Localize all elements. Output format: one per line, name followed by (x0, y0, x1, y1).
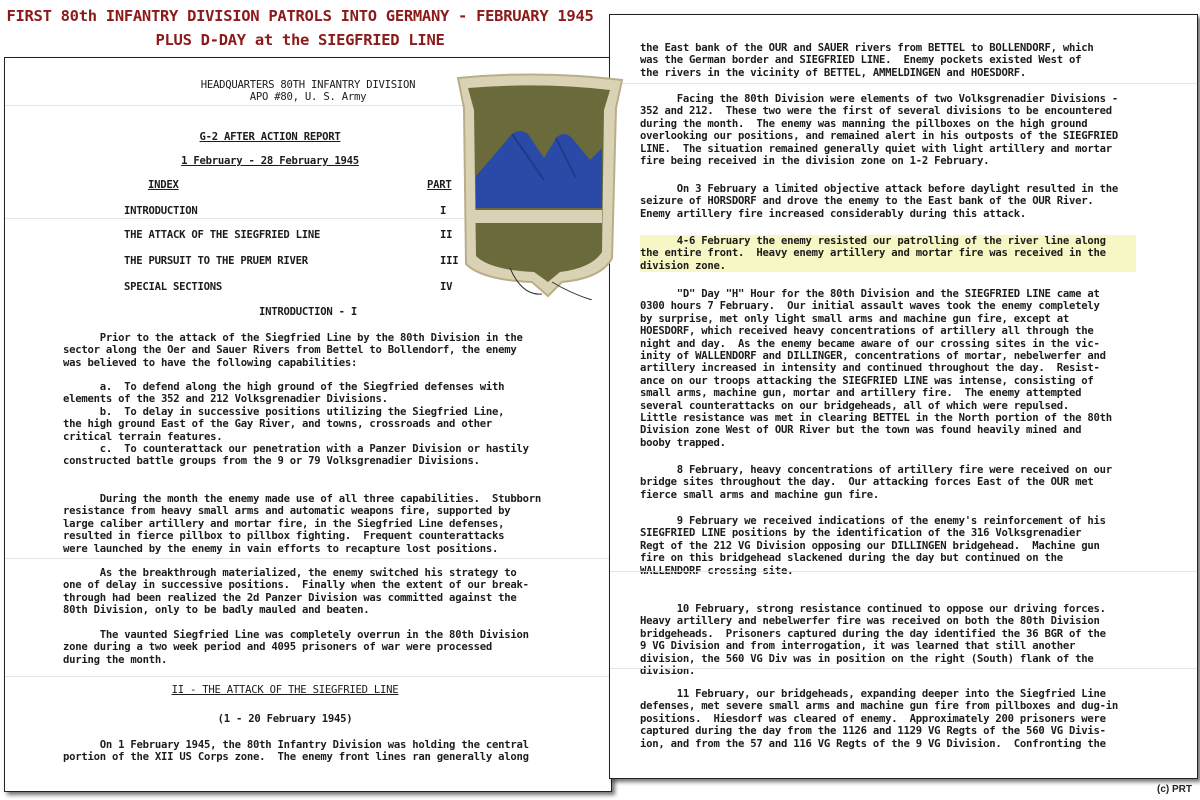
paragraph: As the breakthrough materialized, the en… (63, 567, 529, 617)
paragraph: Facing the 80th Division were elements o… (640, 93, 1118, 167)
introduction-heading: INTRODUCTION - I (5, 306, 611, 318)
part-label: PART (427, 179, 452, 191)
index-item-title: THE ATTACK OF THE SIEGFRIED LINE (124, 229, 320, 241)
paragraph: 11 February, our bridgeheads, expanding … (640, 688, 1118, 750)
index-item-title: THE PURSUIT TO THE PRUEM RIVER (124, 255, 308, 267)
index-item-title: INTRODUCTION (124, 205, 198, 217)
80th-division-shoulder-patch-icon (452, 68, 628, 300)
paragraph: On 3 February a limited objective attack… (640, 183, 1118, 220)
index-item-title: SPECIAL SECTIONS (124, 281, 222, 293)
paragraph: a. To defend along the high ground of th… (63, 381, 529, 468)
index-label: INDEX (148, 179, 179, 191)
paragraph: Prior to the attack of the Siegfried Lin… (63, 332, 523, 369)
index-item-part: II (440, 229, 452, 241)
paragraph: During the month the enemy made use of a… (63, 493, 541, 555)
section-2-heading: II - THE ATTACK OF THE SIEGFRIED LINE (5, 684, 565, 696)
paragraph: On 1 February 1945, the 80th Infantry Di… (63, 739, 529, 764)
section-2-dates: (1 - 20 February 1945) (5, 713, 565, 725)
index-item-part: IV (440, 281, 452, 293)
paragraph: The vaunted Siegfried Line was completel… (63, 629, 529, 666)
page-title: FIRST 80th INFANTRY DIVISION PATROLS INT… (0, 4, 600, 52)
paragraph: 9 February we received indications of th… (640, 515, 1106, 577)
document-page-right: the East bank of the OUR and SAUER river… (609, 14, 1198, 779)
paragraph: 10 February, strong resistance continued… (640, 603, 1106, 677)
title-line-2: PLUS D-DAY at the SIEGFRIED LINE (0, 28, 600, 52)
paragraph: 8 February, heavy concentrations of arti… (640, 464, 1112, 501)
highlighted-paragraph: 4-6 February the enemy resisted our patr… (640, 235, 1136, 272)
paragraph: "D" Day "H" Hour for the 80th Division a… (640, 288, 1112, 449)
title-line-1: FIRST 80th INFANTRY DIVISION PATROLS INT… (0, 4, 600, 28)
paragraph: the East bank of the OUR and SAUER river… (640, 42, 1093, 79)
index-item-part: I (440, 205, 446, 217)
copyright-credit: (c) PRT (1157, 784, 1192, 795)
